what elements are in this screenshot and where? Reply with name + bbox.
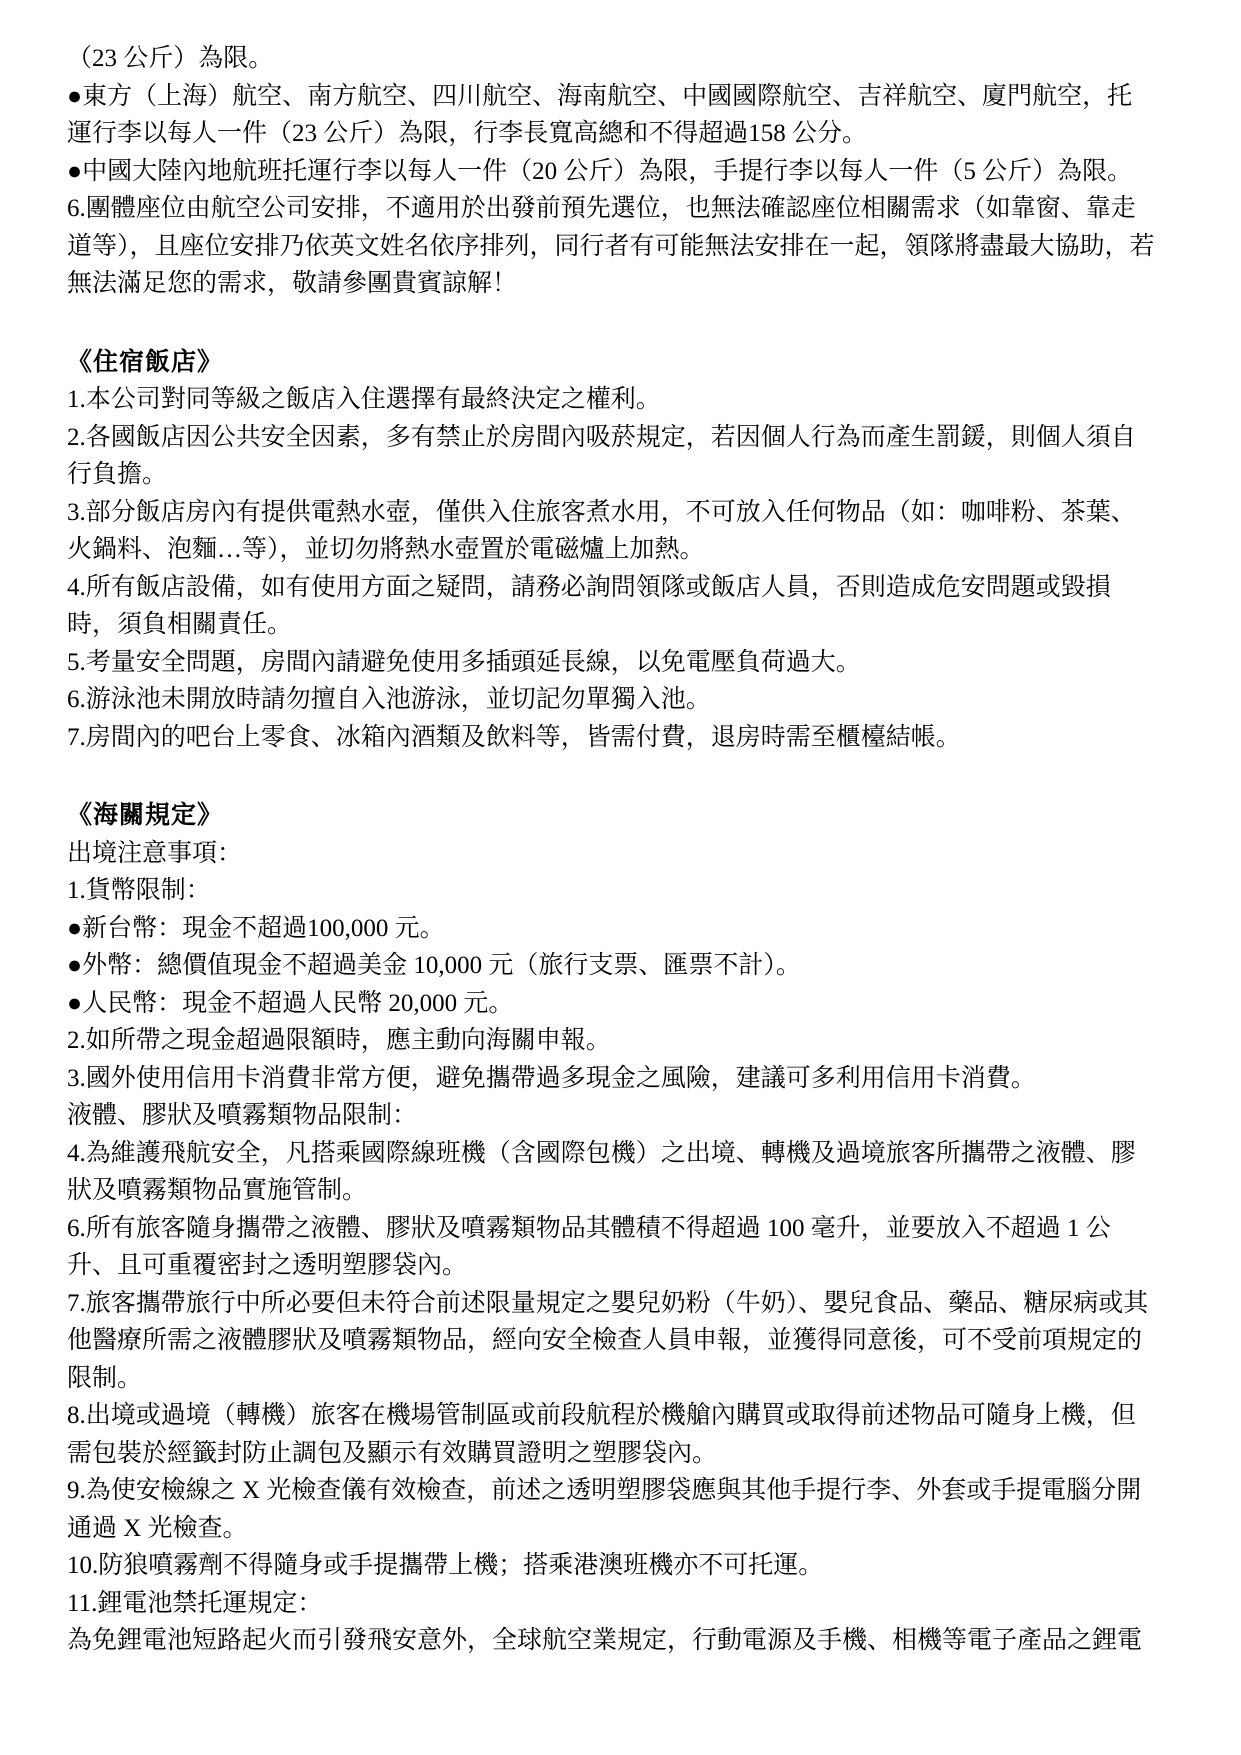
text-line: 通過 X 光檢查。 bbox=[67, 1510, 1173, 1548]
document-section: （23 公斤）為限。●東方（上海）航空、南方航空、四川航空、海南航空、中國國際航… bbox=[67, 40, 1173, 303]
text-line: 6.所有旅客隨身攜帶之液體、膠狀及噴霧類物品其體積不得超過 100 毫升，並要放… bbox=[67, 1210, 1173, 1248]
text-line: 他醫療所需之液體膠狀及噴霧類物品，經向安全檢查人員申報，並獲得同意後，可不受前項… bbox=[67, 1322, 1173, 1360]
text-line: 11.鋰電池禁托運規定： bbox=[67, 1585, 1173, 1623]
text-line: 8.出境或過境（轉機）旅客在機場管制區或前段航程於機艙內購買或取得前述物品可隨身… bbox=[67, 1397, 1173, 1435]
document-section: 《住宿飯店》1.本公司對同等級之飯店入住選擇有最終決定之權利。2.各國飯店因公共… bbox=[67, 344, 1173, 757]
text-line: 行負擔。 bbox=[67, 456, 1173, 494]
text-line: 10.防狼噴霧劑不得隨身或手提攜帶上機；搭乘港澳班機亦不可托運。 bbox=[67, 1547, 1173, 1585]
text-line: 6.團體座位由航空公司安排，不適用於出發前預先選位，也無法確認座位相關需求（如靠… bbox=[67, 190, 1173, 228]
text-line: 液體、膠狀及噴霧類物品限制： bbox=[67, 1097, 1173, 1135]
text-line: 3.部分飯店房內有提供電熱水壺，僅供入住旅客煮水用，不可放入任何物品（如：咖啡粉… bbox=[67, 494, 1173, 532]
text-line: 2.如所帶之現金超過限額時，應主動向海關申報。 bbox=[67, 1022, 1173, 1060]
text-line: 9.為使安檢線之 X 光檢查儀有效檢查，前述之透明塑膠袋應與其他手提行李、外套或… bbox=[67, 1472, 1173, 1510]
text-line: 6.游泳池未開放時請勿擅自入池游泳，並切記勿單獨入池。 bbox=[67, 681, 1173, 719]
text-line: 時，須負相關責任。 bbox=[67, 606, 1173, 644]
text-line: 限制。 bbox=[67, 1360, 1173, 1398]
text-line: 需包裝於經籤封防止調包及顯示有效購買證明之塑膠袋內。 bbox=[67, 1435, 1173, 1473]
text-line: 為免鋰電池短路起火而引發飛安意外，全球航空業規定，行動電源及手機、相機等電子產品… bbox=[67, 1622, 1173, 1660]
text-line: ●東方（上海）航空、南方航空、四川航空、海南航空、中國國際航空、吉祥航空、廈門航… bbox=[67, 78, 1173, 116]
text-line: 5.考量安全問題，房間內請避免使用多插頭延長線，以免電壓負荷過大。 bbox=[67, 644, 1173, 682]
section-title: 《住宿飯店》 bbox=[67, 344, 1173, 382]
text-line: 7.房間內的吧台上零食、冰箱內酒類及飲料等，皆需付費，退房時需至櫃檯結帳。 bbox=[67, 719, 1173, 757]
text-line: ●人民幣：現金不超過人民幣 20,000 元。 bbox=[67, 985, 1173, 1023]
text-line: ●新台幣：現金不超過100,000 元。 bbox=[67, 910, 1173, 948]
text-line: 2.各國飯店因公共安全因素，多有禁止於房間內吸菸規定，若因個人行為而產生罰鍰，則… bbox=[67, 419, 1173, 457]
document-page: （23 公斤）為限。●東方（上海）航空、南方航空、四川航空、海南航空、中國國際航… bbox=[0, 0, 1241, 1755]
text-line: ●外幣：總價值現金不超過美金 10,000 元（旅行支票、匯票不計）。 bbox=[67, 947, 1173, 985]
document-section: 《海關規定》出境注意事項：1.貨幣限制：●新台幣：現金不超過100,000 元。… bbox=[67, 797, 1173, 1660]
text-line: （23 公斤）為限。 bbox=[67, 40, 1173, 78]
text-line: 1.貨幣限制： bbox=[67, 872, 1173, 910]
text-line: 4.所有飯店設備，如有使用方面之疑問，請務必詢問領隊或飯店人員，否則造成危安問題… bbox=[67, 569, 1173, 607]
text-line: 升、且可重覆密封之透明塑膠袋內。 bbox=[67, 1247, 1173, 1285]
text-line: 4.為維護飛航安全，凡搭乘國際線班機（含國際包機）之出境、轉機及過境旅客所攜帶之… bbox=[67, 1135, 1173, 1173]
text-line: 狀及噴霧類物品實施管制。 bbox=[67, 1172, 1173, 1210]
text-line: 道等），且座位安排乃依英文姓名依序排列，同行者有可能無法安排在一起，領隊將盡最大… bbox=[67, 228, 1173, 266]
text-line: 出境注意事項： bbox=[67, 835, 1173, 873]
text-line: 運行李以每人一件（23 公斤）為限，行李長寬高總和不得超過158 公分。 bbox=[67, 115, 1173, 153]
text-line: 無法滿足您的需求，敬請參團貴賓諒解！ bbox=[67, 265, 1173, 303]
text-line: 火鍋料、泡麵…等），並切勿將熱水壺置於電磁爐上加熱。 bbox=[67, 531, 1173, 569]
text-line: ●中國大陸內地航班托運行李以每人一件（20 公斤）為限，手提行李以每人一件（5 … bbox=[67, 153, 1173, 191]
document-body: （23 公斤）為限。●東方（上海）航空、南方航空、四川航空、海南航空、中國國際航… bbox=[67, 40, 1173, 1660]
text-line: 7.旅客攜帶旅行中所必要但未符合前述限量規定之嬰兒奶粉（牛奶）、嬰兒食品、藥品、… bbox=[67, 1285, 1173, 1323]
text-line: 3.國外使用信用卡消費非常方便，避免攜帶過多現金之風險，建議可多利用信用卡消費。 bbox=[67, 1060, 1173, 1098]
section-title: 《海關規定》 bbox=[67, 797, 1173, 835]
text-line: 1.本公司對同等級之飯店入住選擇有最終決定之權利。 bbox=[67, 381, 1173, 419]
